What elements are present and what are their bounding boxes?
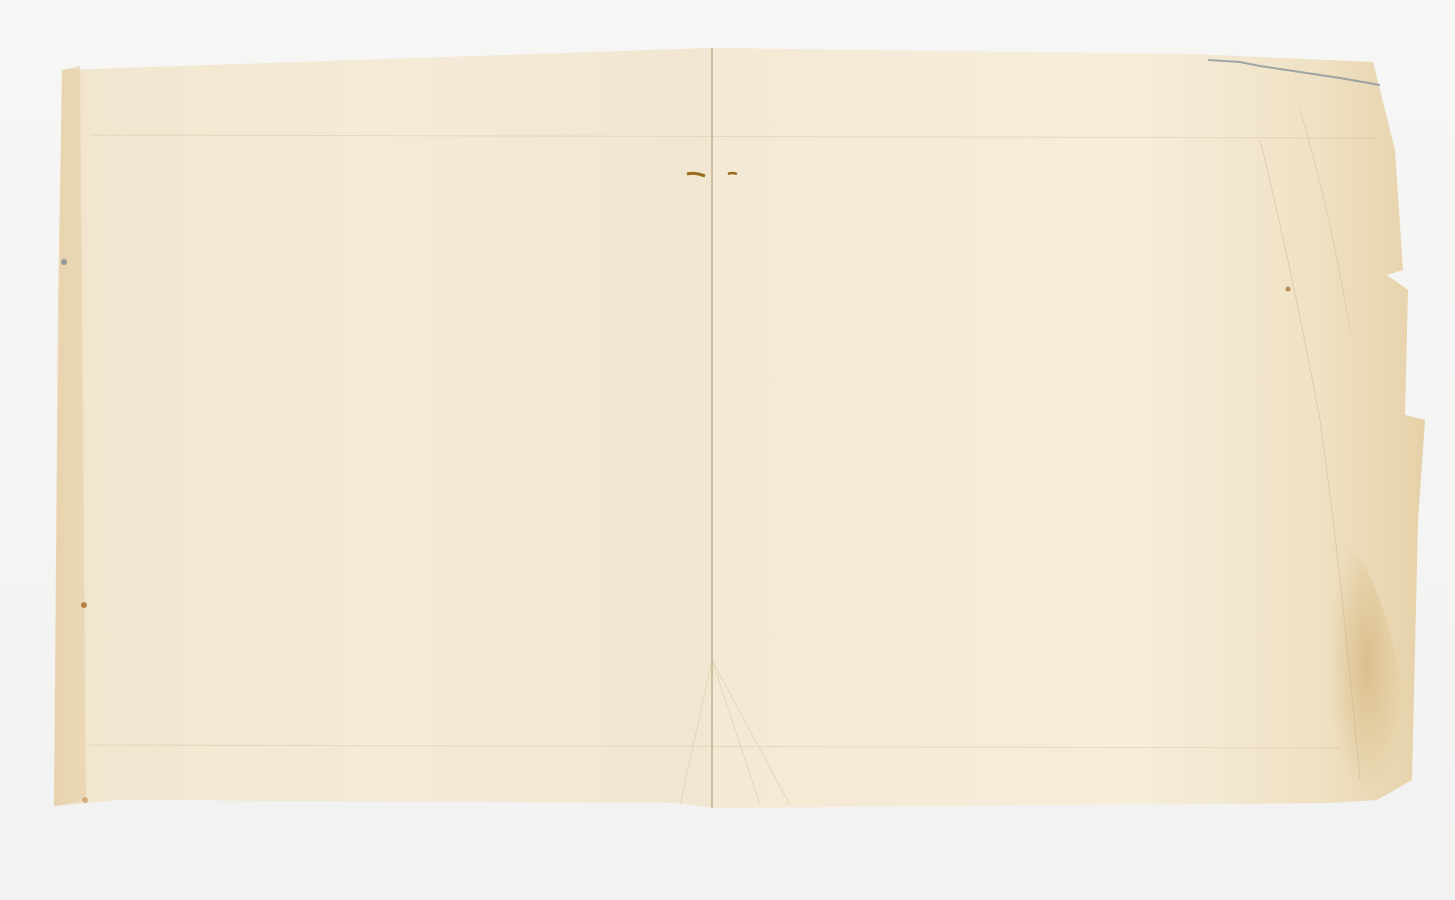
left-page [54, 48, 714, 808]
photo-background [0, 0, 1455, 900]
right-page [712, 48, 1425, 808]
paper-sheet [0, 0, 1455, 900]
